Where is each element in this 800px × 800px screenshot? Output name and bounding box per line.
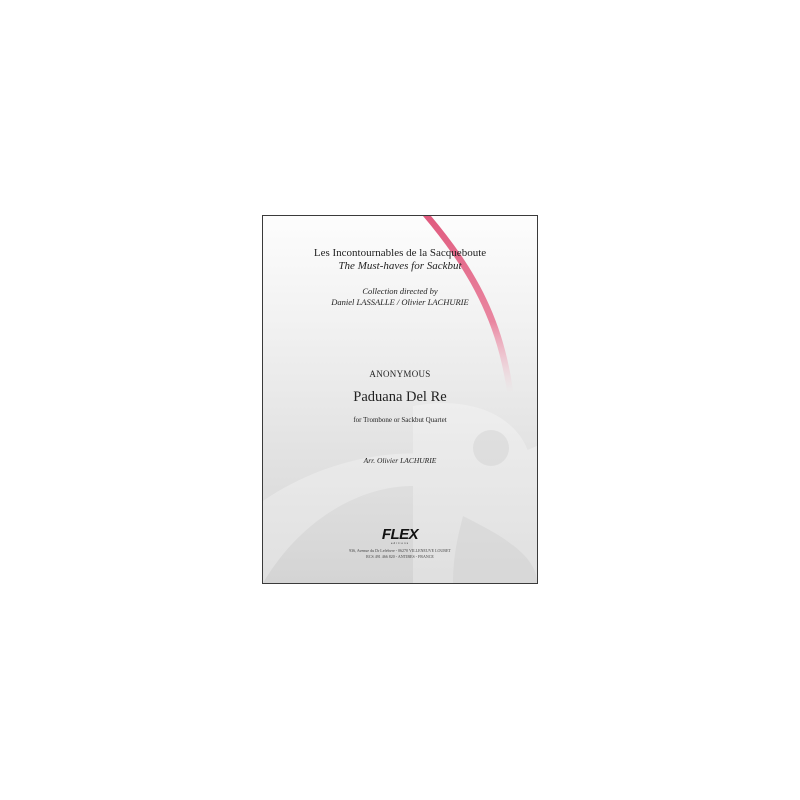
publisher-registration: RCS 491 466 820 - ANTIBES - FRANCE <box>263 554 537 559</box>
instrumentation: for Trombone or Sackbut Quartet <box>263 416 537 424</box>
series-title-english: The Must-haves for Sackbut <box>263 260 537 272</box>
sheet-music-cover: Les Incontournables de la Sacqueboute Th… <box>262 215 538 584</box>
collection-directors: Daniel LASSALLE / Olivier LACHURIE <box>263 297 537 307</box>
arranger: Arr. Olivier LACHURIE <box>263 456 537 465</box>
work-title: Paduana Del Re <box>263 389 537 406</box>
publisher-address: 936, Avenue du Dr Lefebvre - 06270 VILLE… <box>263 548 537 553</box>
publisher-logo-subtext: editions <box>263 541 537 545</box>
series-title-french: Les Incontournables de la Sacqueboute <box>263 247 537 259</box>
composer: ANONYMOUS <box>263 369 537 379</box>
collection-label: Collection directed by <box>263 286 537 296</box>
